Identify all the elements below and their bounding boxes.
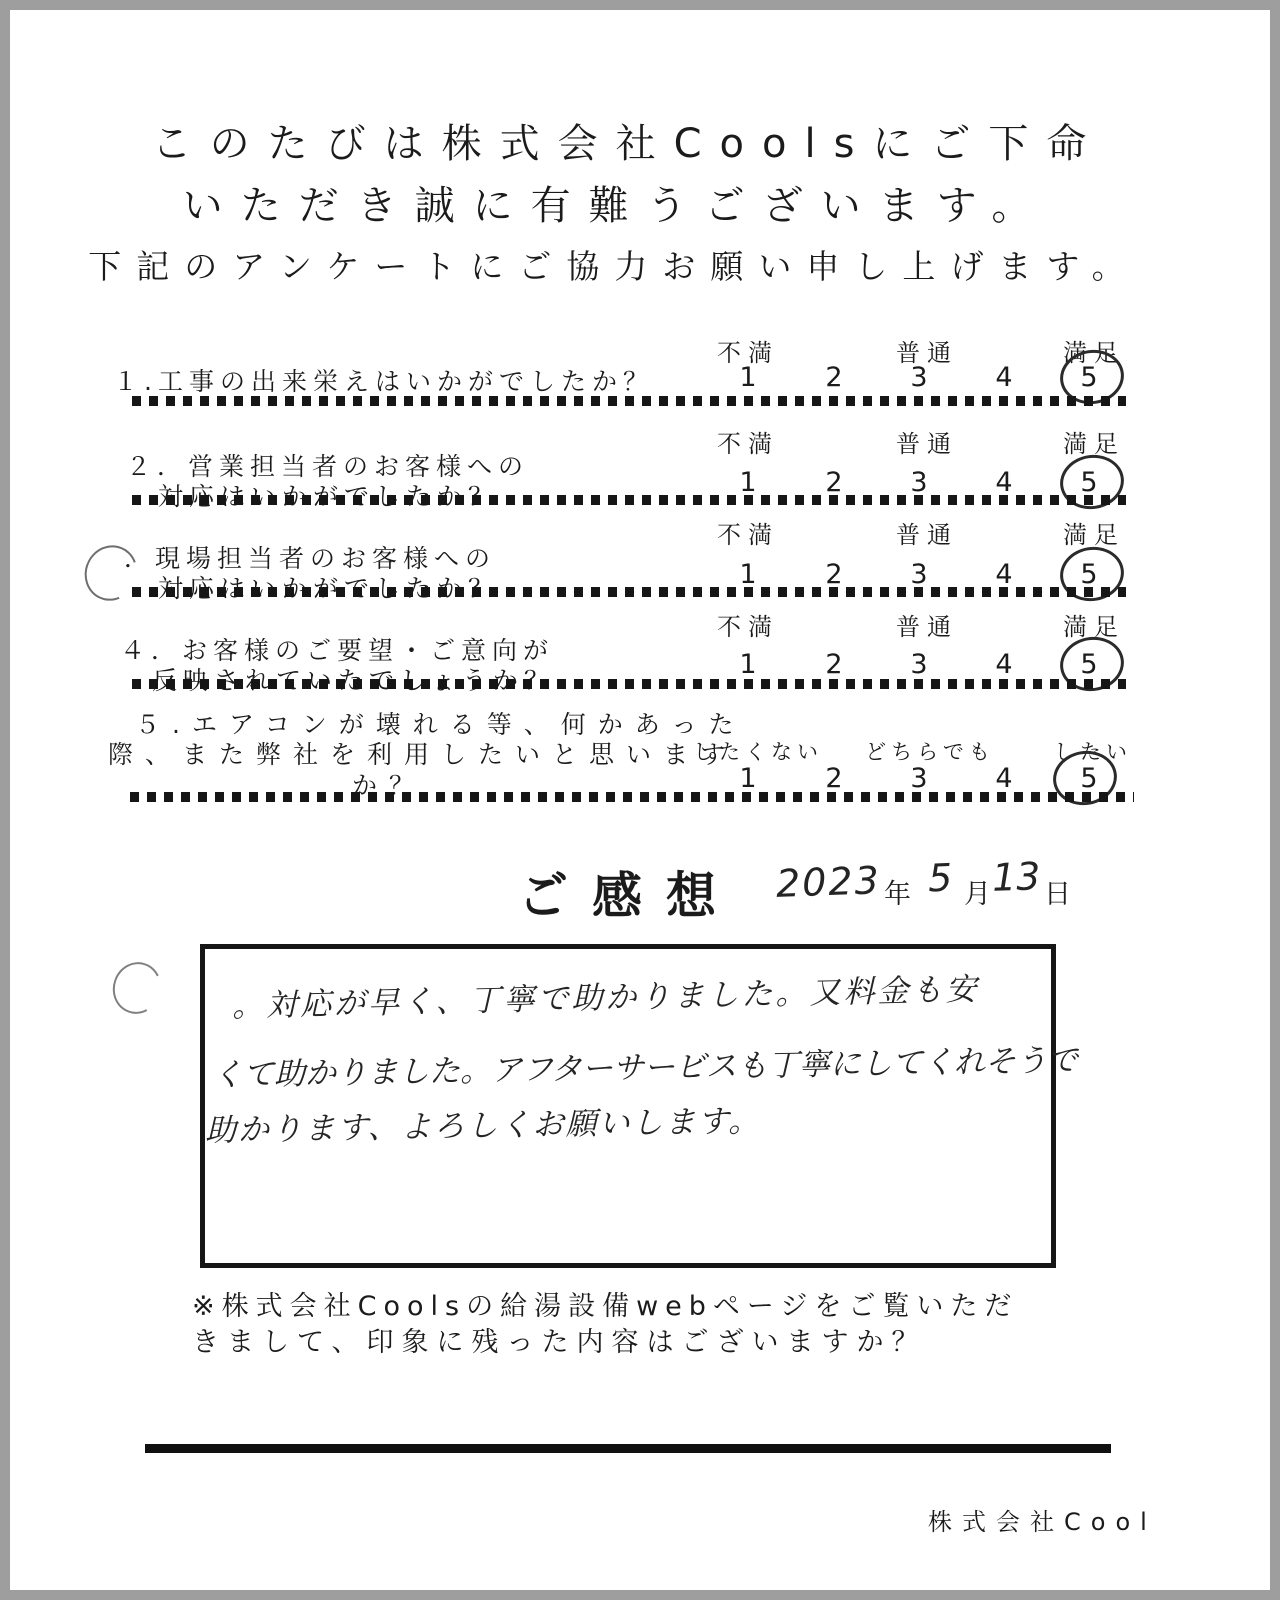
q4-option-1: 1 [739,649,756,680]
q3-option-4: 4 [995,559,1012,590]
q3-scale-label-dissatisfied: 不満 [717,515,779,550]
dotted-separator [132,587,1126,597]
q2-scale-label-dissatisfied: 不満 [717,424,779,459]
q2-option-4: 4 [995,467,1012,498]
q1-option-2: 2 [825,362,842,393]
q4-option-4: 4 [995,649,1012,680]
feedback-title: ご感想 [518,856,740,928]
handwritten-month: 5 [927,856,953,901]
q4-scale-label-neutral: 普通 [896,607,958,642]
q3-option-3: 3 [910,559,927,590]
q1-option-4: 4 [995,362,1012,393]
q4-option-3: 3 [910,649,927,680]
dotted-separator [132,679,1126,689]
header-line-3: 下記のアンケートにご協力お願い申し上げます。 [88,241,1139,288]
q2-option-1: 1 [739,467,756,498]
footer-rule [145,1444,1111,1453]
q5-scale-label-either: どちらでも [865,736,995,766]
day-label: 日 [1044,872,1071,911]
header-line-1: このたびは株式会社Coolsにご下命 [152,112,1105,169]
handwritten-day: 13 [991,854,1041,900]
q5-option-3: 3 [910,763,927,794]
q5-option-2: 2 [825,763,842,794]
q5-option-1: 1 [739,763,756,794]
q3-scale-label-satisfied: 満足 [1063,515,1125,550]
q5-scale-label-not-want: したくない [693,736,823,766]
q4-scale-label-dissatisfied: 不満 [717,607,779,642]
header-line-2: いただき誠に有難うございます。 [183,174,1050,231]
company-name: 株式会社Cool [928,1502,1157,1537]
q5-option-4: 4 [995,763,1012,794]
web-page-note-line-2: きまして、印象に残った内容はございますか？ [192,1320,926,1359]
dotted-separator [130,792,1134,802]
q1-option-3: 3 [910,362,927,393]
web-page-note-line-1: ※株式会社Coolsの給湯設備webページをご覧いただ [192,1284,1018,1323]
dotted-separator [132,396,1126,406]
q3-scale-label-neutral: 普通 [896,515,958,550]
q2-scale-label-neutral: 普通 [896,424,958,459]
q1-option-1: 1 [739,362,756,393]
handwritten-year: 2023 [775,858,881,906]
q2-option-2: 2 [825,467,842,498]
q2-option-3: 3 [910,467,927,498]
month-label: 月 [964,872,991,911]
dotted-separator [132,495,1126,505]
scan-artifact-circle [106,956,168,1020]
q1-text: １.工事の出来栄えはいかがでしたか？ [113,362,654,398]
q4-option-2: 2 [825,649,842,680]
q3-option-2: 2 [825,559,842,590]
year-label: 年 [884,872,911,911]
scanned-survey-page: このたびは株式会社Coolsにご下命 いただき誠に有難うございます。 下記のアン… [0,0,1280,1600]
q3-option-1: 1 [739,559,756,590]
